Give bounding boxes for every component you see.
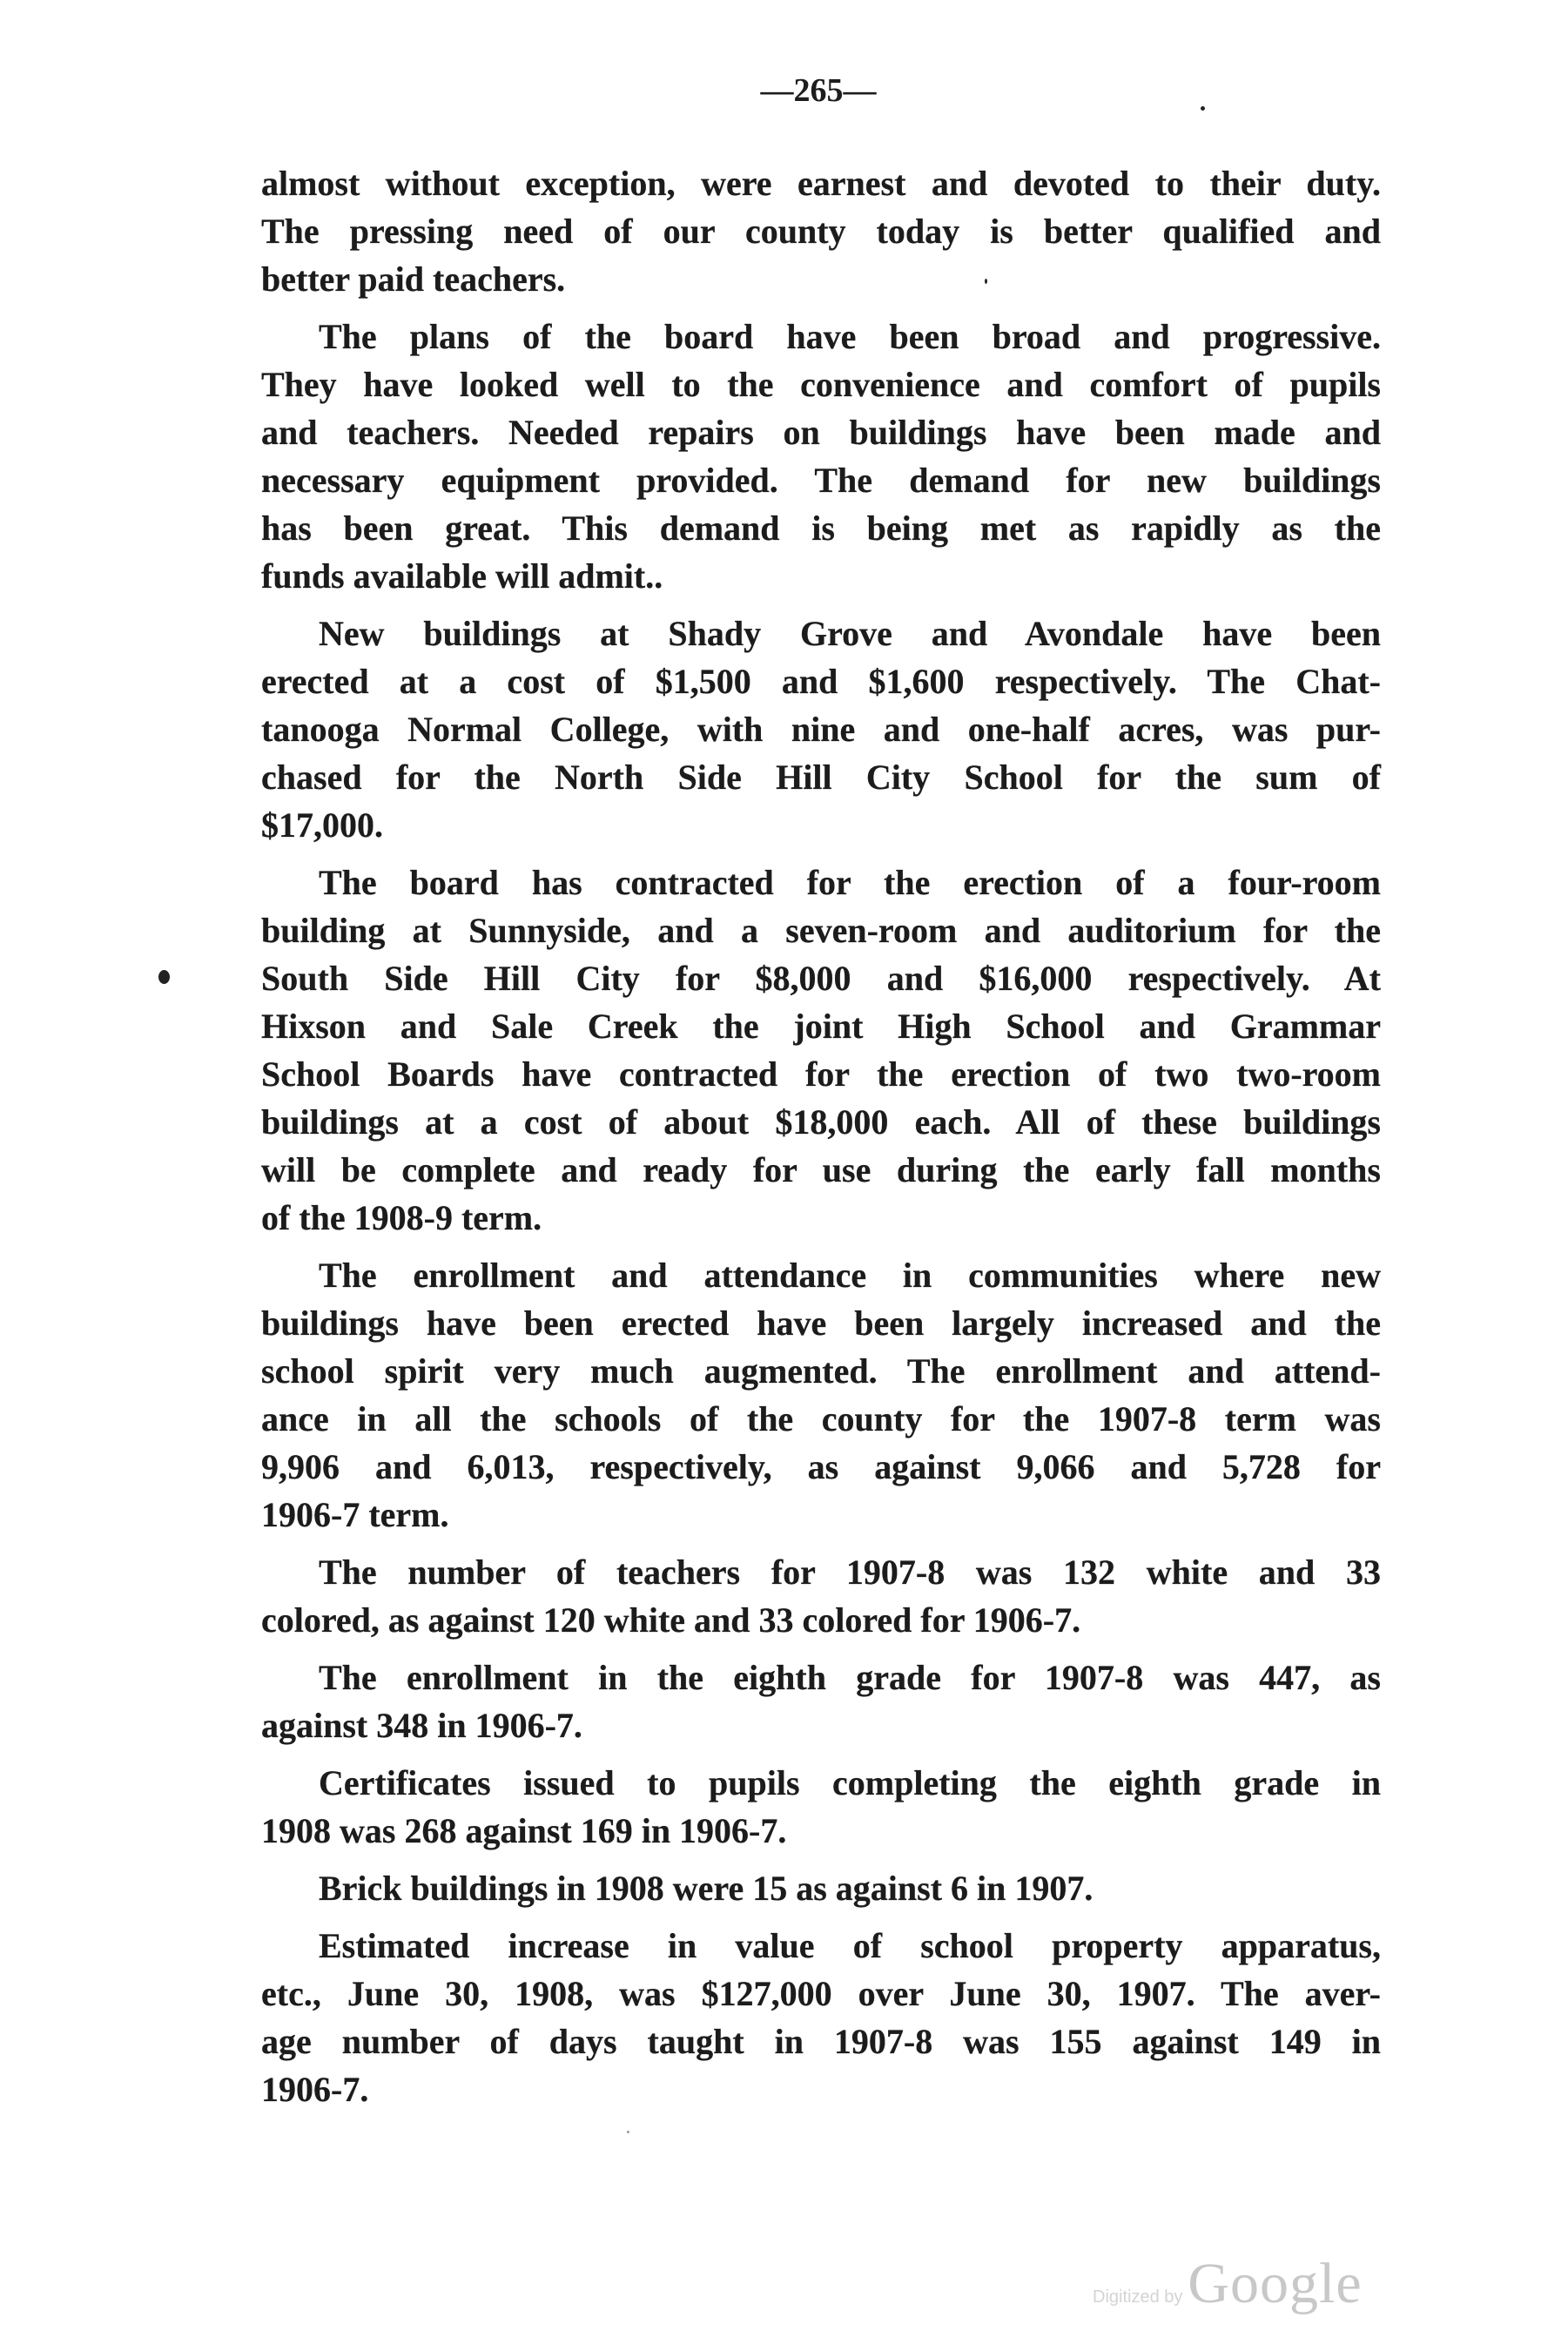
text-line: etc., June 30, 1908, was $127,000 over J… — [261, 1970, 1381, 2018]
text-line: buildings at a cost of about $18,000 eac… — [261, 1098, 1381, 1146]
text-line: Certificates issued to pupils completing… — [261, 1759, 1381, 1807]
text-line: The plans of the board have been broad a… — [261, 313, 1381, 360]
paragraph: Estimated increase in value of school pr… — [261, 1922, 1381, 2113]
text-line: School Boards have contracted for the er… — [261, 1050, 1381, 1098]
text-line: building at Sunnyside, and a seven-room … — [261, 906, 1381, 954]
text-line: school spirit very much augmented. The e… — [261, 1347, 1381, 1395]
paragraph: almost without exception, were earnest a… — [261, 159, 1381, 303]
text-line: age number of days taught in 1907-8 was … — [261, 2018, 1381, 2065]
text-line: The enrollment in the eighth grade for 1… — [261, 1654, 1381, 1701]
text-line: of the 1908-9 term. — [261, 1194, 1381, 1242]
text-line: erected at a cost of $1,500 and $1,600 r… — [261, 657, 1381, 705]
paragraph: The enrollment in the eighth grade for 1… — [261, 1654, 1381, 1749]
text-line: New buildings at Shady Grove and Avondal… — [261, 610, 1381, 657]
text-line: The board has contracted for the erectio… — [261, 859, 1381, 906]
text-line: better paid teachers. — [261, 255, 1381, 303]
text-line: almost without exception, were earnest a… — [261, 159, 1381, 207]
margin-dot-mark — [158, 970, 170, 984]
text-line: buildings have been erected have been la… — [261, 1299, 1381, 1347]
paragraph: Certificates issued to pupils completing… — [261, 1759, 1381, 1855]
paragraph: The board has contracted for the erectio… — [261, 859, 1381, 1242]
text-line: $17,000. — [261, 801, 1381, 849]
text-line: will be complete and ready for use durin… — [261, 1146, 1381, 1194]
text-line: Brick buildings in 1908 were 15 as again… — [261, 1864, 1381, 1912]
scan-speck — [985, 279, 987, 284]
google-digitized-watermark: Digitized byGoogle — [1093, 2251, 1363, 2317]
text-line: South Side Hill City for $8,000 and $16,… — [261, 954, 1381, 1002]
text-line: 9,906 and 6,013, respectively, as agains… — [261, 1443, 1381, 1491]
text-line: 1906-7. — [261, 2065, 1381, 2113]
paragraph: The enrollment and attendance in communi… — [261, 1251, 1381, 1539]
text-line: They have looked well to the convenience… — [261, 360, 1381, 408]
text-line: The enrollment and attendance in communi… — [261, 1251, 1381, 1299]
text-line: chased for the North Side Hill City Scho… — [261, 753, 1381, 801]
text-line: The pressing need of our county today is… — [261, 207, 1381, 255]
google-logo-text: Google — [1188, 2252, 1362, 2315]
paragraph: The plans of the board have been broad a… — [261, 313, 1381, 600]
text-line: necessary equipment provided. The demand… — [261, 456, 1381, 504]
text-line: The number of teachers for 1907-8 was 13… — [261, 1548, 1381, 1596]
text-line: colored, as against 120 white and 33 col… — [261, 1596, 1381, 1644]
body-text: almost without exception, were earnest a… — [261, 159, 1381, 2123]
watermark-prefix: Digitized by — [1093, 2287, 1182, 2307]
scan-speck — [1201, 106, 1205, 111]
text-line: Estimated increase in value of school pr… — [261, 1922, 1381, 1970]
scan-speck — [627, 2131, 629, 2133]
text-line: ance in all the schools of the county fo… — [261, 1395, 1381, 1443]
text-line: Hixson and Sale Creek the joint High Sch… — [261, 1002, 1381, 1050]
text-line: funds available will admit.. — [261, 552, 1381, 600]
text-line: 1906-7 term. — [261, 1491, 1381, 1539]
text-line: tanooga Normal College, with nine and on… — [261, 705, 1381, 753]
page-number: —265— — [697, 71, 940, 110]
scanned-book-page: —265— almost without exception, were ear… — [0, 0, 1568, 2351]
text-line: 1908 was 268 against 169 in 1906-7. — [261, 1807, 1381, 1855]
text-line: has been great. This demand is being met… — [261, 504, 1381, 552]
paragraph: The number of teachers for 1907-8 was 13… — [261, 1548, 1381, 1644]
paragraph: Brick buildings in 1908 were 15 as again… — [261, 1864, 1381, 1912]
text-line: and teachers. Needed repairs on building… — [261, 408, 1381, 456]
text-line: against 348 in 1906-7. — [261, 1701, 1381, 1749]
paragraph: New buildings at Shady Grove and Avondal… — [261, 610, 1381, 849]
